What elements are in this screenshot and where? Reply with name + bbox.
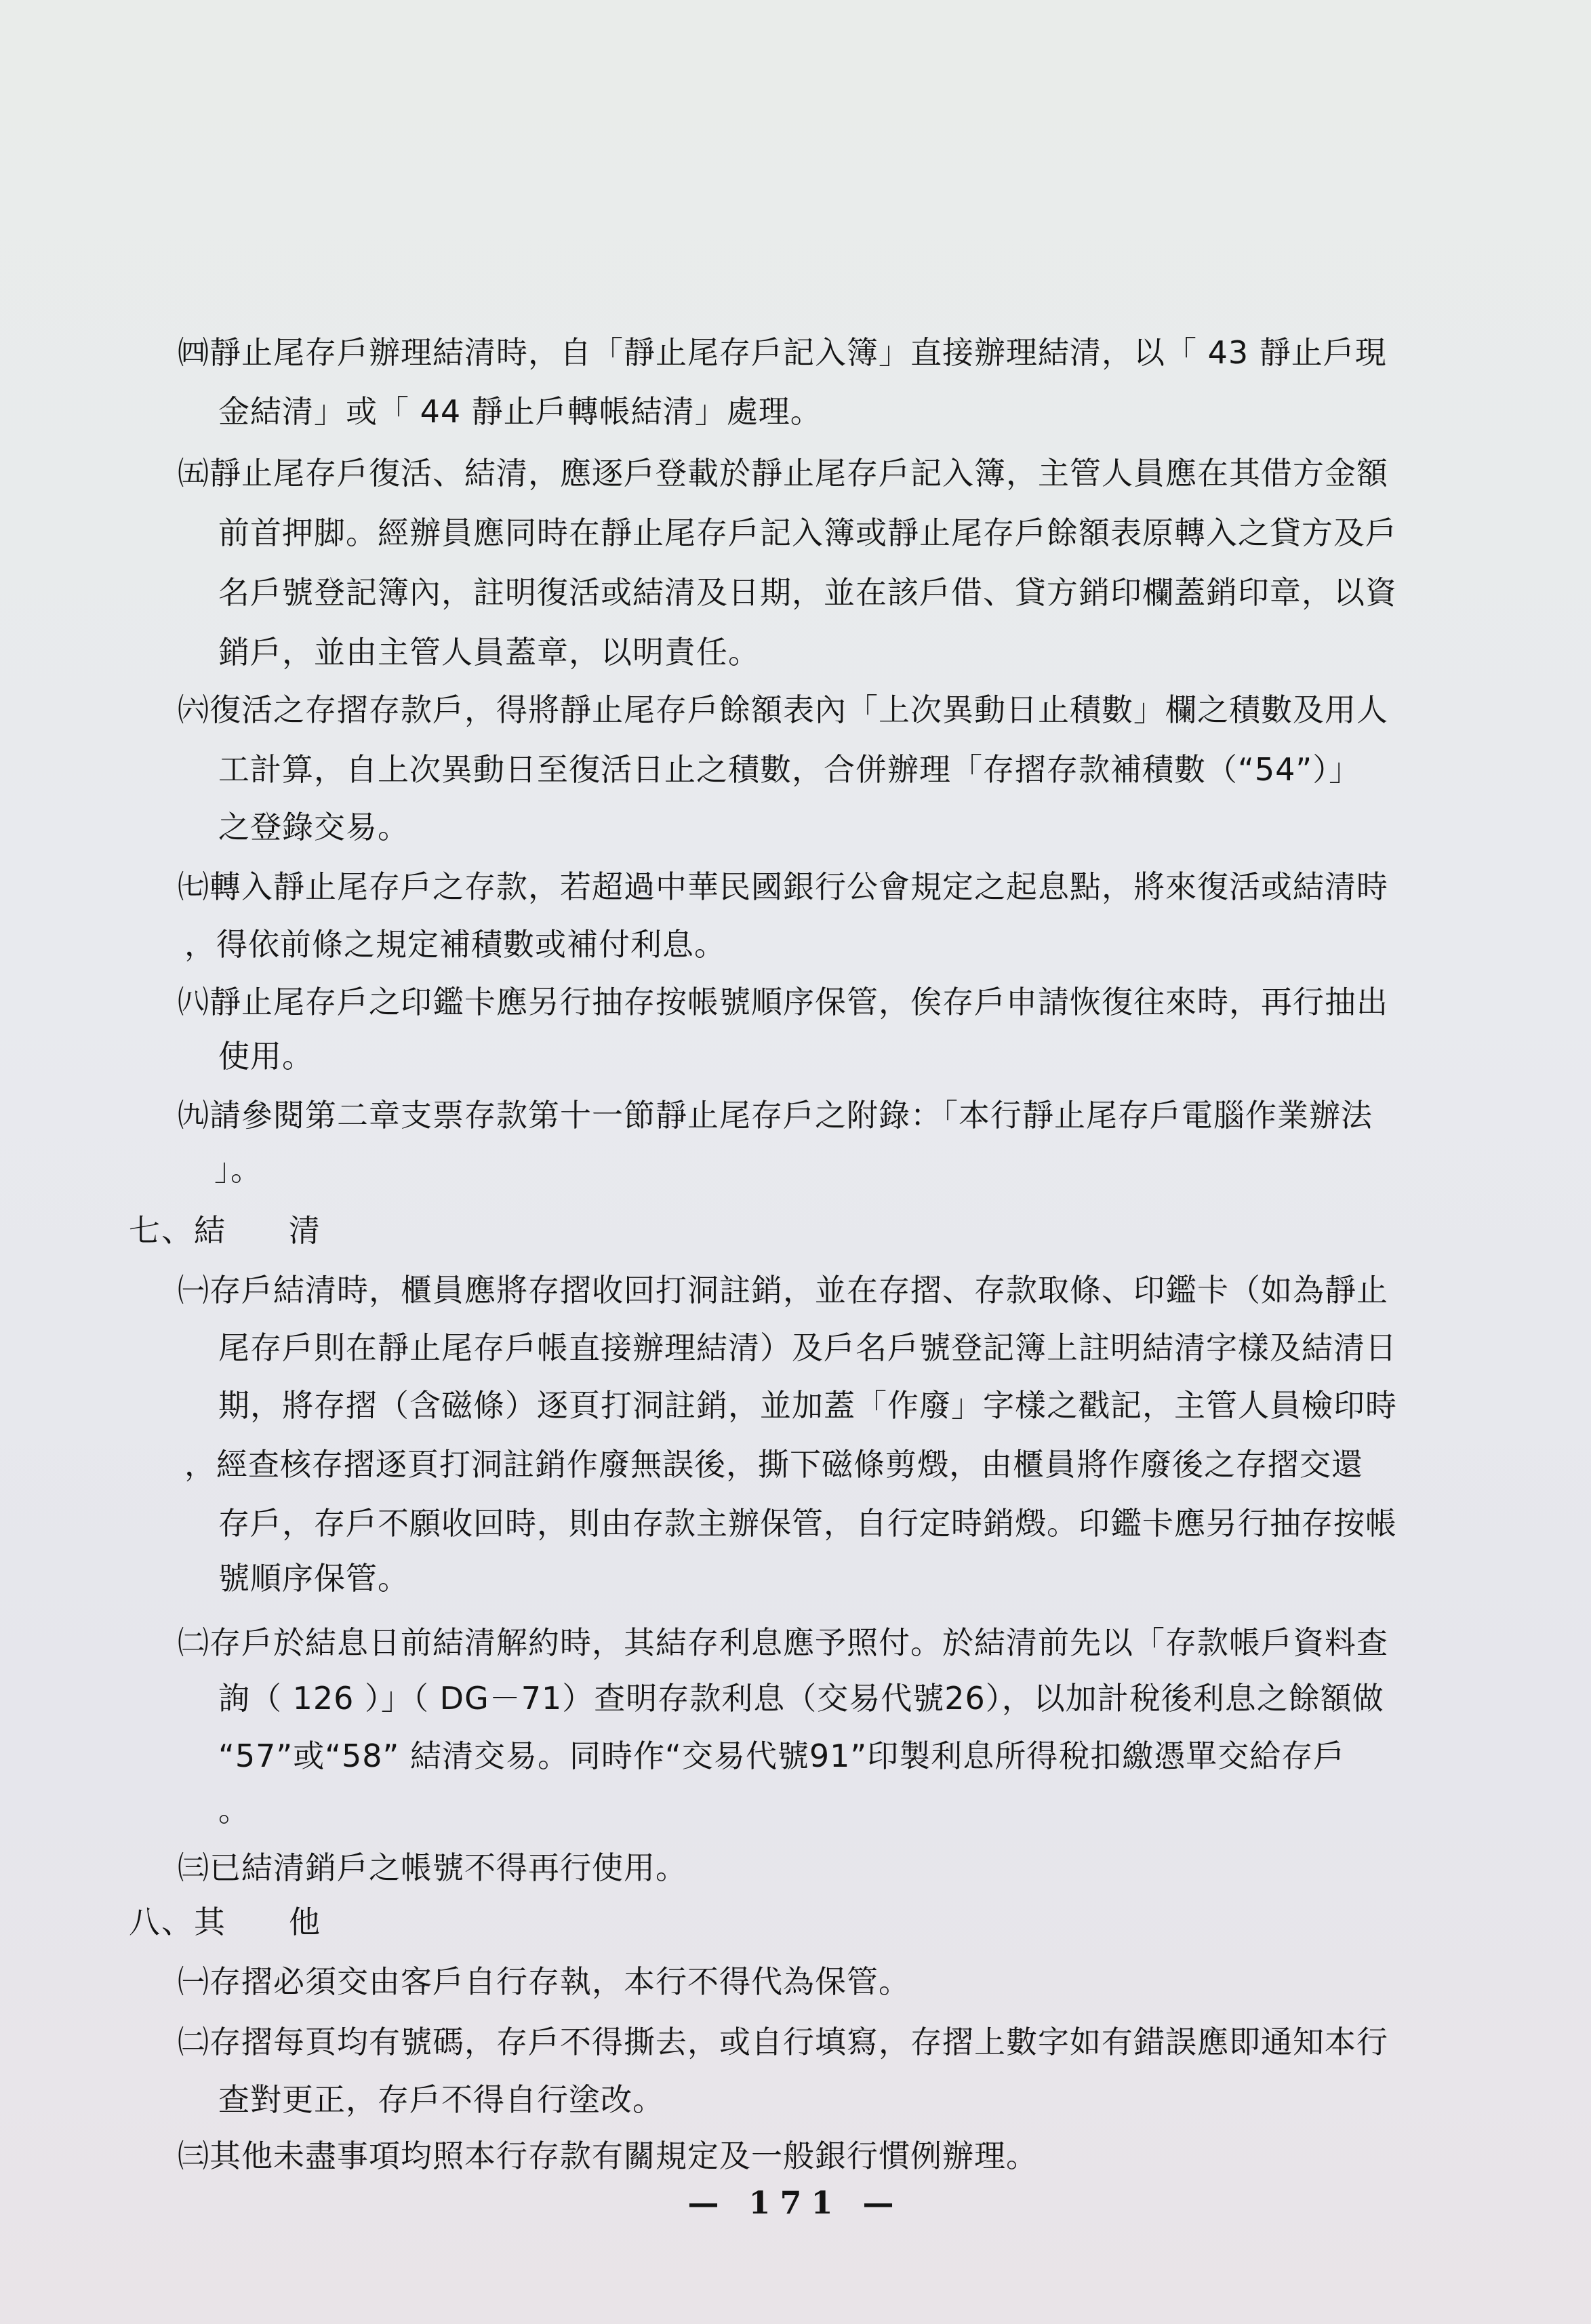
item-7-line-1: ㈦轉入靜止尾存戶之存款，若超過中華民國銀行公會規定之起息點，將來復活或結清時 xyxy=(178,866,1388,907)
s7-item-1-line-4: ，經查核存摺逐頁打洞註銷作廢無誤後，撕下磁條剪燬，由櫃員將作廢後之存摺交還 xyxy=(184,1444,1363,1485)
s8-item-2-line-1: ㈡存摺每頁均有號碼，存戶不得撕去，或自行填寫，存摺上數字如有錯誤應即通知本行 xyxy=(178,2022,1388,2062)
item-6-line-2: 工計算，自上次異動日至復活日止之積數，合併辦理「存摺存款補積數（“54”）」 xyxy=(218,749,1361,790)
section-7-number: 七、 xyxy=(129,1212,194,1249)
s7-item-2-line-1: ㈡存戶於結息日前結清解約時，其結存利息應予照付。於結清前先以「存款帳戶資料查 xyxy=(178,1622,1388,1663)
item-7-line-2: ，得依前條之規定補積數或補付利息。 xyxy=(184,924,726,965)
item-4-line-2: 金結清」或「 44 靜止戶轉帳結清」處理。 xyxy=(218,391,822,432)
s8-item-1-line-1: ㈠存摺必須交由客戶自行存執，本行不得代為保管。 xyxy=(178,1961,910,2002)
section-8-number: 八、 xyxy=(129,1904,194,1940)
section-7-title-b: 清 xyxy=(289,1212,321,1249)
item-8-line-2: 使用。 xyxy=(218,1036,314,1077)
s7-item-1-line-5: 存戶，存戶不願收回時，則由存款主辦保管，自行定時銷燬。印鑑卡應另行抽存按帳 xyxy=(218,1503,1397,1544)
section-8-heading: 八、其他 xyxy=(129,1902,321,1942)
s8-item-3-line-1: ㈢其他未盡事項均照本行存款有關規定及一般銀行慣例辦理。 xyxy=(178,2136,1038,2176)
s7-item-1-line-3: 期，將存摺（含磁條）逐頁打洞註銷，並加蓋「作廢」字樣之戳記，主管人員檢印時 xyxy=(218,1385,1397,1426)
s8-item-2-line-2: 查對更正，存戶不得自行塗改。 xyxy=(218,2079,664,2120)
item-5-line-3: 名戶號登記簿內，註明復活或結清及日期，並在該戶借、貸方銷印欄蓋銷印章，以資 xyxy=(218,572,1397,613)
item-4-line-1: ㈣靜止尾存戶辦理結清時，自「靜止尾存戶記入簿」直接辦理結清，以「 43 靜止戶現 xyxy=(178,332,1387,373)
item-9-line-2: 」。 xyxy=(214,1149,262,1190)
section-7-title-a: 結 xyxy=(194,1212,226,1249)
item-9-line-1: ㈨請參閱第二章支票存款第十一節靜止尾存戶之附錄：「本行靜止尾存戶電腦作業辦法 xyxy=(178,1095,1373,1136)
page-number: — 171 — xyxy=(0,2184,1591,2221)
item-6-line-1: ㈥復活之存摺存款戶，得將靜止尾存戶餘額表內「上次異動日止積數」欄之積數及用人 xyxy=(178,689,1388,730)
item-8-line-1: ㈧靜止尾存戶之印鑑卡應另行抽存按帳號順序保管，俟存戶申請恢復往來時，再行抽出 xyxy=(178,982,1388,1022)
item-6-line-3: 之登錄交易。 xyxy=(218,807,409,847)
s7-item-3-line-1: ㈢已結清銷戶之帳號不得再行使用。 xyxy=(178,1847,687,1888)
section-8-title-b: 他 xyxy=(289,1904,321,1940)
s7-item-2-line-4: 。 xyxy=(218,1790,250,1830)
section-7-heading: 七、結清 xyxy=(129,1210,321,1251)
s7-item-2-line-3: “57”或“58” 結清交易。同時作“交易代號91”印製利息所得稅扣繳憑單交給存… xyxy=(218,1736,1345,1776)
s7-item-1-line-1: ㈠存戶結清時，櫃員應將存摺收回打洞註銷，並在存摺、存款取條、印鑑卡（如為靜止 xyxy=(178,1270,1388,1310)
s7-item-2-line-2: 詢（ 126 ）」（ DG－71）查明存款利息（交易代號26），以加計稅後利息之… xyxy=(218,1678,1384,1719)
item-5-line-1: ㈤靜止尾存戶復活、結清，應逐戶登載於靜止尾存戶記入簿，主管人員應在其借方金額 xyxy=(178,453,1388,494)
document-page: ㈣靜止尾存戶辦理結清時，自「靜止尾存戶記入簿」直接辦理結清，以「 43 靜止戶現… xyxy=(0,0,1591,2324)
section-8-title-a: 其 xyxy=(194,1904,226,1940)
item-5-line-4: 銷戶，並由主管人員蓋章，以明責任。 xyxy=(218,632,760,673)
s7-item-1-line-2: 尾存戶則在靜止尾存戶帳直接辦理結清）及戶名戶號登記簿上註明結清字樣及結清日 xyxy=(218,1327,1397,1368)
s7-item-1-line-6: 號順序保管。 xyxy=(218,1558,409,1599)
item-5-line-2: 前首押脚。經辦員應同時在靜止尾存戶記入簿或靜止尾存戶餘額表原轉入之貸方及戶 xyxy=(218,513,1397,553)
